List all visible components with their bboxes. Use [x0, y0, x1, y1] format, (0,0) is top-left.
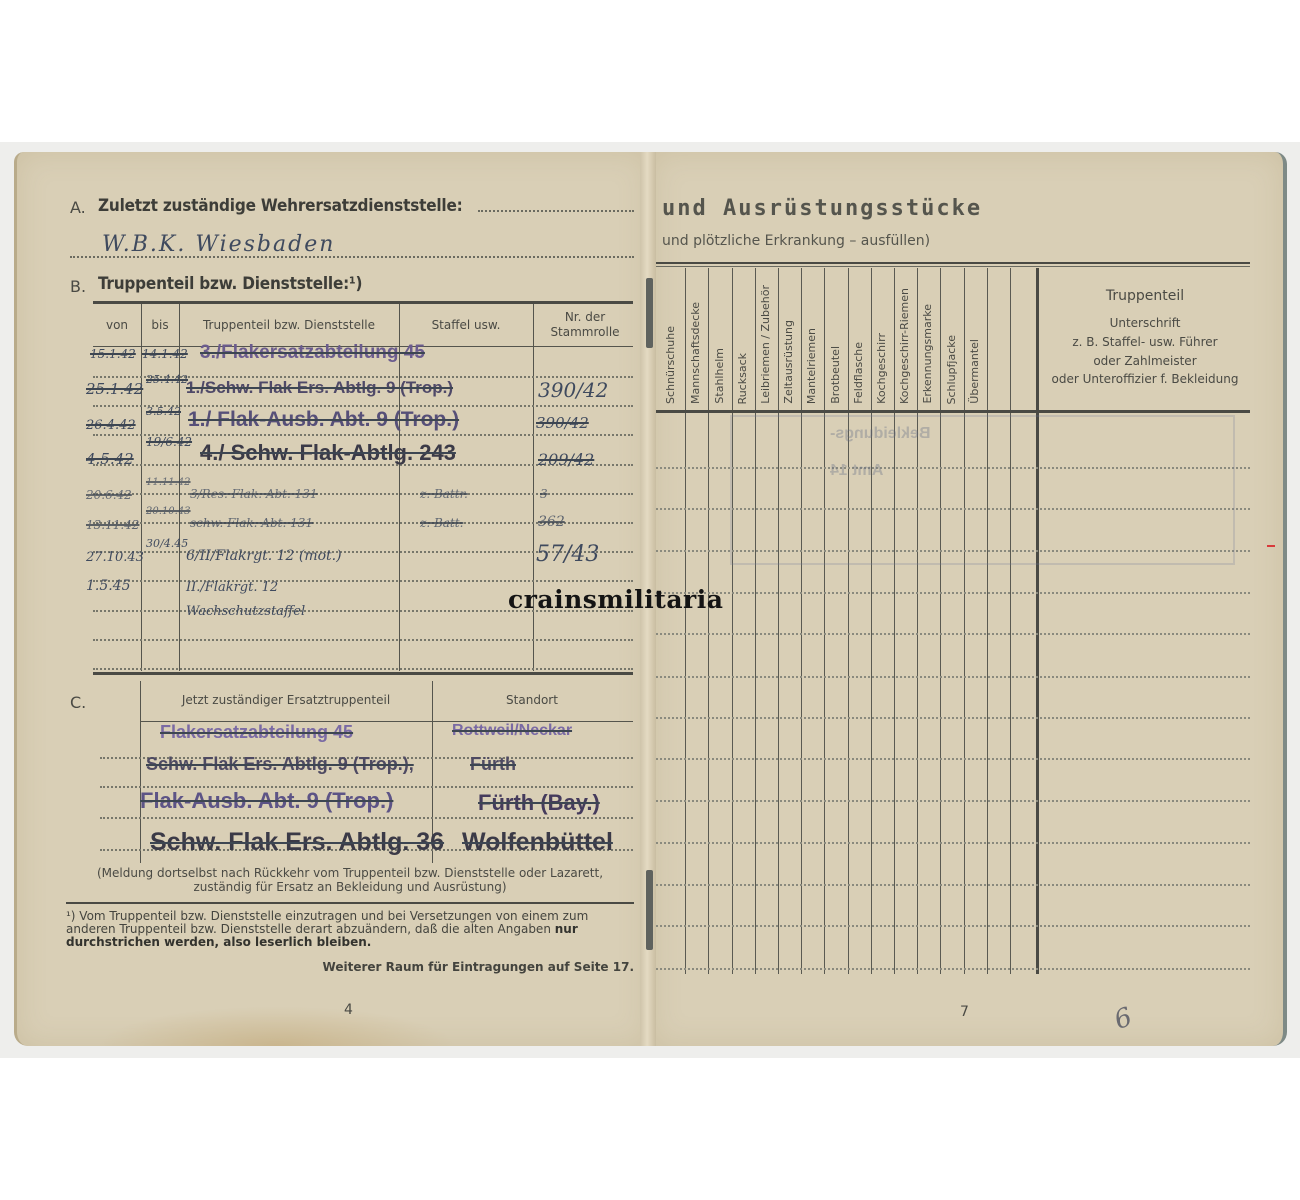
- row-standort: Fürth (Bay.): [478, 790, 600, 816]
- signature-col-title: Truppenteil: [1040, 288, 1250, 304]
- row-unit: Flakersatzabteilung 45: [160, 722, 353, 743]
- col-standort: Standort: [432, 693, 632, 707]
- row-unit: schw. Flak. Abt. 131: [190, 516, 313, 530]
- signature-col-line4: oder Unteroffizier f. Bekleidung: [1040, 372, 1250, 386]
- row-bis: 11.11.42: [146, 477, 174, 488]
- row-unit: 4./ Schw. Flak-Abtlg. 243: [200, 440, 456, 466]
- staple-top: [646, 278, 653, 348]
- col-staffel: Staffel usw.: [399, 318, 533, 333]
- col-ersatztruppenteil: Jetzt zuständiger Ersatztruppenteil: [140, 693, 432, 707]
- section-a-value: W.B.K. Wiesbaden: [102, 232, 335, 257]
- right-header-rule: [656, 262, 1250, 267]
- col-truppenteil: Truppenteil bzw. Dienststelle: [179, 318, 399, 333]
- row-von: 1.5.45: [86, 578, 131, 594]
- row-nr: 362: [538, 514, 565, 530]
- row-bis: 3.5.42: [146, 406, 176, 418]
- row-staffel: z. Batt.: [420, 516, 463, 530]
- row-unit: 3./Flakersatzabteilung 45: [200, 342, 425, 364]
- col-rucksack: Rucksack: [734, 353, 752, 404]
- row-nr: 390/42: [536, 414, 589, 432]
- watermark: crainsmilitaria: [508, 585, 723, 614]
- footnote-emphasis: nur: [555, 922, 578, 936]
- col-erkennungsmarke: Erkennungsmarke: [919, 304, 937, 404]
- section-a-label: A.: [70, 198, 86, 217]
- row-staffel: z. Battr.: [420, 487, 468, 501]
- col-stammrolle: Nr. der Stammrolle: [539, 310, 631, 340]
- bleed-through-stamp-frame: [730, 415, 1235, 565]
- section-b-title: Truppenteil bzw. Dienststelle:¹): [98, 274, 362, 294]
- footnote-rule: [66, 902, 634, 904]
- col-mannschaftsdecke: Mannschaftsdecke: [687, 302, 705, 404]
- row-von: 25.1.42: [86, 380, 143, 398]
- footnote-line3: durchstrichen werden, also leserlich ble…: [66, 935, 371, 949]
- col-mantelriemen: Mantelriemen: [803, 328, 821, 404]
- row-unit: Flak-Ausb. Abt. 9 (Trop.): [140, 788, 393, 814]
- signature-col-line1: Unterschrift: [1040, 316, 1250, 330]
- row-von: 15.1.42: [90, 347, 136, 361]
- row-von: 27.10.43: [86, 550, 144, 565]
- staple-bottom: [646, 870, 653, 950]
- bleed-through-text: Amt 14: [830, 462, 883, 480]
- red-mark: [1267, 545, 1275, 547]
- row-standort: Fürth: [470, 754, 516, 775]
- row-unit: Wachschutzstaffel: [186, 604, 305, 619]
- section-a-dotted-line: [478, 210, 634, 212]
- row-unit: Schw. Flak Ers. Abtlg. 9 (Trop.),: [146, 754, 414, 775]
- row-unit: 1./Schw. Flak Ers. Abtlg. 9 (Trop.): [186, 378, 453, 398]
- col-schnuerschuhe: Schnürschuhe: [662, 326, 680, 404]
- section-c-note: (Meldung dortselbst nach Rückkehr vom Tr…: [60, 866, 640, 894]
- row-nr: 390/42: [538, 378, 608, 402]
- right-page-subtitle: und plötzliche Erkrankung – ausfüllen): [662, 233, 930, 249]
- row-nr: 3: [540, 487, 548, 501]
- row-bis: 20.10.43: [146, 506, 174, 517]
- section-a-dotted-line-2: [70, 256, 634, 258]
- water-stain: [97, 1006, 457, 1046]
- row-von: 13.11.42: [86, 518, 139, 532]
- row-unit: II./Flakrgt. 12: [186, 580, 278, 595]
- right-page-title: und Ausrüstungsstücke: [662, 196, 982, 221]
- row-standort: Wolfenbüttel: [462, 828, 613, 857]
- page-number-right: 7: [960, 1004, 969, 1020]
- row-standort: Rottweil/Neckar: [452, 722, 572, 740]
- row-von: 26.4.42: [86, 418, 136, 433]
- col-von: von: [93, 318, 141, 333]
- row-unit: 6/II/Flakrgt. 12 (mot.): [186, 548, 342, 564]
- section-c-note-line2: zuständig für Ersatz an Bekleidung und A…: [60, 880, 640, 894]
- col-zeltausruestung: Zeltausrüstung: [780, 320, 798, 404]
- row-nr: 57/43: [536, 542, 599, 567]
- row-bis: 14.1.42: [142, 347, 188, 361]
- section-a-title: Zuletzt zuständige Wehrersatzdienststell…: [98, 196, 463, 216]
- section-c-note-line1: (Meldung dortselbst nach Rückkehr vom Tr…: [60, 866, 640, 880]
- equipment-table: Schnürschuhe Mannschaftsdecke Stahlhelm …: [656, 268, 1250, 974]
- more-space-note: Weiterer Raum für Eintragungen auf Seite…: [300, 961, 634, 974]
- footnote: ¹) Vom Truppenteil bzw. Dienststelle ein…: [66, 910, 636, 949]
- section-b-label: B.: [70, 277, 86, 296]
- col-schlupfjacke: Schlupfjacke: [943, 335, 961, 404]
- table-b-bottom-rule: [93, 672, 633, 675]
- row-unit: Schw. Flak Ers. Abtlg. 36: [150, 828, 444, 857]
- footnote-line2: anderen Truppenteil bzw. Dienststelle de…: [66, 922, 555, 936]
- page-number-left: 4: [344, 1002, 353, 1018]
- bleed-through-text: Bekleidungs-: [830, 425, 930, 443]
- row-unit: 3/Res. Flak. Abt. 131: [190, 487, 318, 501]
- row-nr: 209/42: [538, 450, 594, 469]
- col-brotbeutel: Brotbeutel: [827, 346, 845, 404]
- col-kochgeschirr-riemen: Kochgeschirr-Riemen: [896, 288, 914, 404]
- col-leibriemen: Leibriemen / Zubehör: [757, 285, 775, 404]
- row-bis: 30/4.45: [146, 538, 174, 550]
- col-stahlhelm: Stahlhelm: [711, 348, 729, 404]
- col-uebermantel: Übermantel: [966, 339, 984, 404]
- row-bis: 19/6.42: [146, 436, 174, 449]
- col-feldflasche: Feldflasche: [850, 342, 868, 404]
- row-bis: 25.4.42: [146, 374, 176, 386]
- signature-col-line2: z. B. Staffel- usw. Führer: [1040, 335, 1250, 349]
- row-von: 4.5.42: [86, 450, 134, 468]
- col-bis: bis: [141, 318, 179, 333]
- section-c-label: C.: [70, 693, 86, 712]
- signature-col-line3: oder Zahlmeister: [1040, 354, 1250, 368]
- row-von: 20.6.42: [86, 488, 132, 502]
- col-kochgeschirr: Kochgeschirr: [873, 333, 891, 404]
- row-unit: 1./ Flak-Ausb. Abt. 9 (Trop.): [188, 408, 459, 432]
